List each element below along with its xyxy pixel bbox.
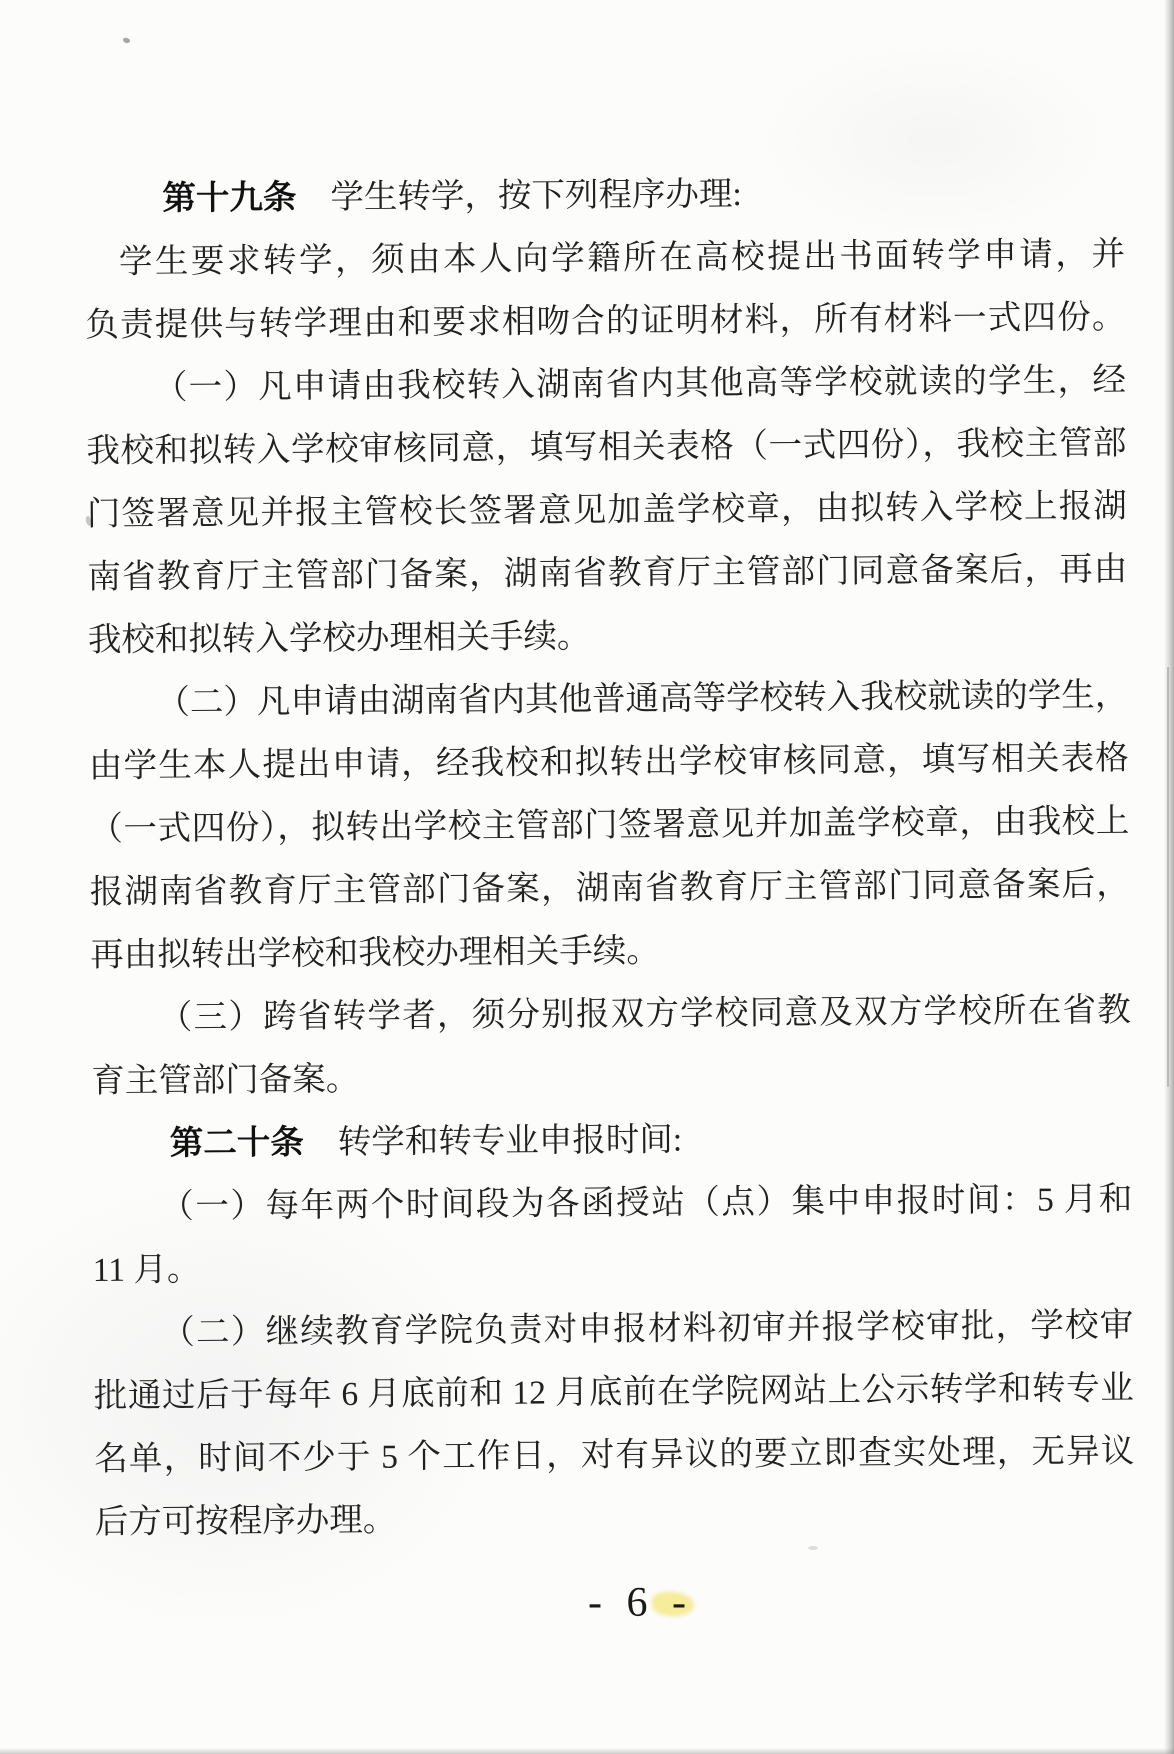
text-line: 门签署意见并报主管校长签署意见加盖学校章，由拟转入学校上报湖 <box>87 475 1127 546</box>
article-title: 转学和转专业申报时间: <box>338 1121 683 1161</box>
text-line: 报湖南省教育厅主管部门备案，湖南省教育厅主管部门同意备案后， <box>90 853 1130 924</box>
text-line: 11 月。 <box>93 1231 1133 1302</box>
scanner-edge-right <box>1164 0 1174 1754</box>
text-line: 负责提供与转学理由和要求相吻合的证明材料，所有材料一式四份。 <box>85 286 1125 357</box>
text-line: 再由拟转出学校和我校办理相关手续。 <box>90 916 1130 987</box>
text-line: 后方可按程序办理。 <box>95 1483 1135 1554</box>
text-line: 由学生本人提出申请，经我校和拟转出学校审核同意，填写相关表格 <box>89 727 1129 798</box>
text-line: 育主管部门备案。 <box>91 1042 1131 1113</box>
scanned-document-page: 第十九条学生转学，按下列程序办理: 学生要求转学，须由本人向学籍所在高校提出书面… <box>0 0 1174 1754</box>
page-number: - 6 - <box>588 1578 688 1628</box>
article-number: 第十九条 <box>162 179 296 217</box>
text-line: （二）继续教育学院负责对申报材料初审并报学校审批，学校审 <box>93 1294 1133 1365</box>
scanner-edge-bottom <box>0 1748 1174 1754</box>
article-number: 第二十条 <box>170 1124 304 1162</box>
text-line: 学生要求转学，须由本人向学籍所在高校提出书面转学申请，并 <box>85 223 1125 294</box>
text-line: 我校和拟转入学校审核同意，填写相关表格（一式四份），我校主管部 <box>86 412 1126 483</box>
article-20-heading: 第二十条转学和转专业申报时间: <box>92 1105 1132 1176</box>
text-line: （一式四份），拟转出学校主管部门签署意见并加盖学校章，由我校上 <box>89 790 1129 861</box>
article-title: 学生转学，按下列程序办理: <box>330 176 742 216</box>
document-body: 第十九条学生转学，按下列程序办理: 学生要求转学，须由本人向学籍所在高校提出书面… <box>84 160 1135 1554</box>
scan-speck <box>122 37 130 44</box>
text-line: 南省教育厅主管部门备案，湖南省教育厅主管部门同意备案后，再由 <box>87 538 1127 609</box>
text-line: 我校和拟转入学校办理相关手续。 <box>88 601 1128 672</box>
text-line: （二）凡申请由湖南省内其他普通高等学校转入我校就读的学生， <box>88 664 1128 735</box>
text-line: （三）跨省转学者，须分别报双方学校同意及双方学校所在省教 <box>91 979 1131 1050</box>
text-line: （一）每年两个时间段为各函授站（点）集中申报时间：5 月和 <box>92 1168 1132 1239</box>
text-line: （一）凡申请由我校转入湖南省内其他高等学校就读的学生，经 <box>86 349 1126 420</box>
text-line: 名单，时间不少于 5 个工作日，对有异议的要立即查实处理，无异议 <box>94 1420 1134 1491</box>
text-line: 批通过后于每年 6 月底前和 12 月底前在学院网站上公示转学和转专业 <box>94 1357 1134 1428</box>
article-19-heading: 第十九条学生转学，按下列程序办理: <box>84 160 1124 231</box>
